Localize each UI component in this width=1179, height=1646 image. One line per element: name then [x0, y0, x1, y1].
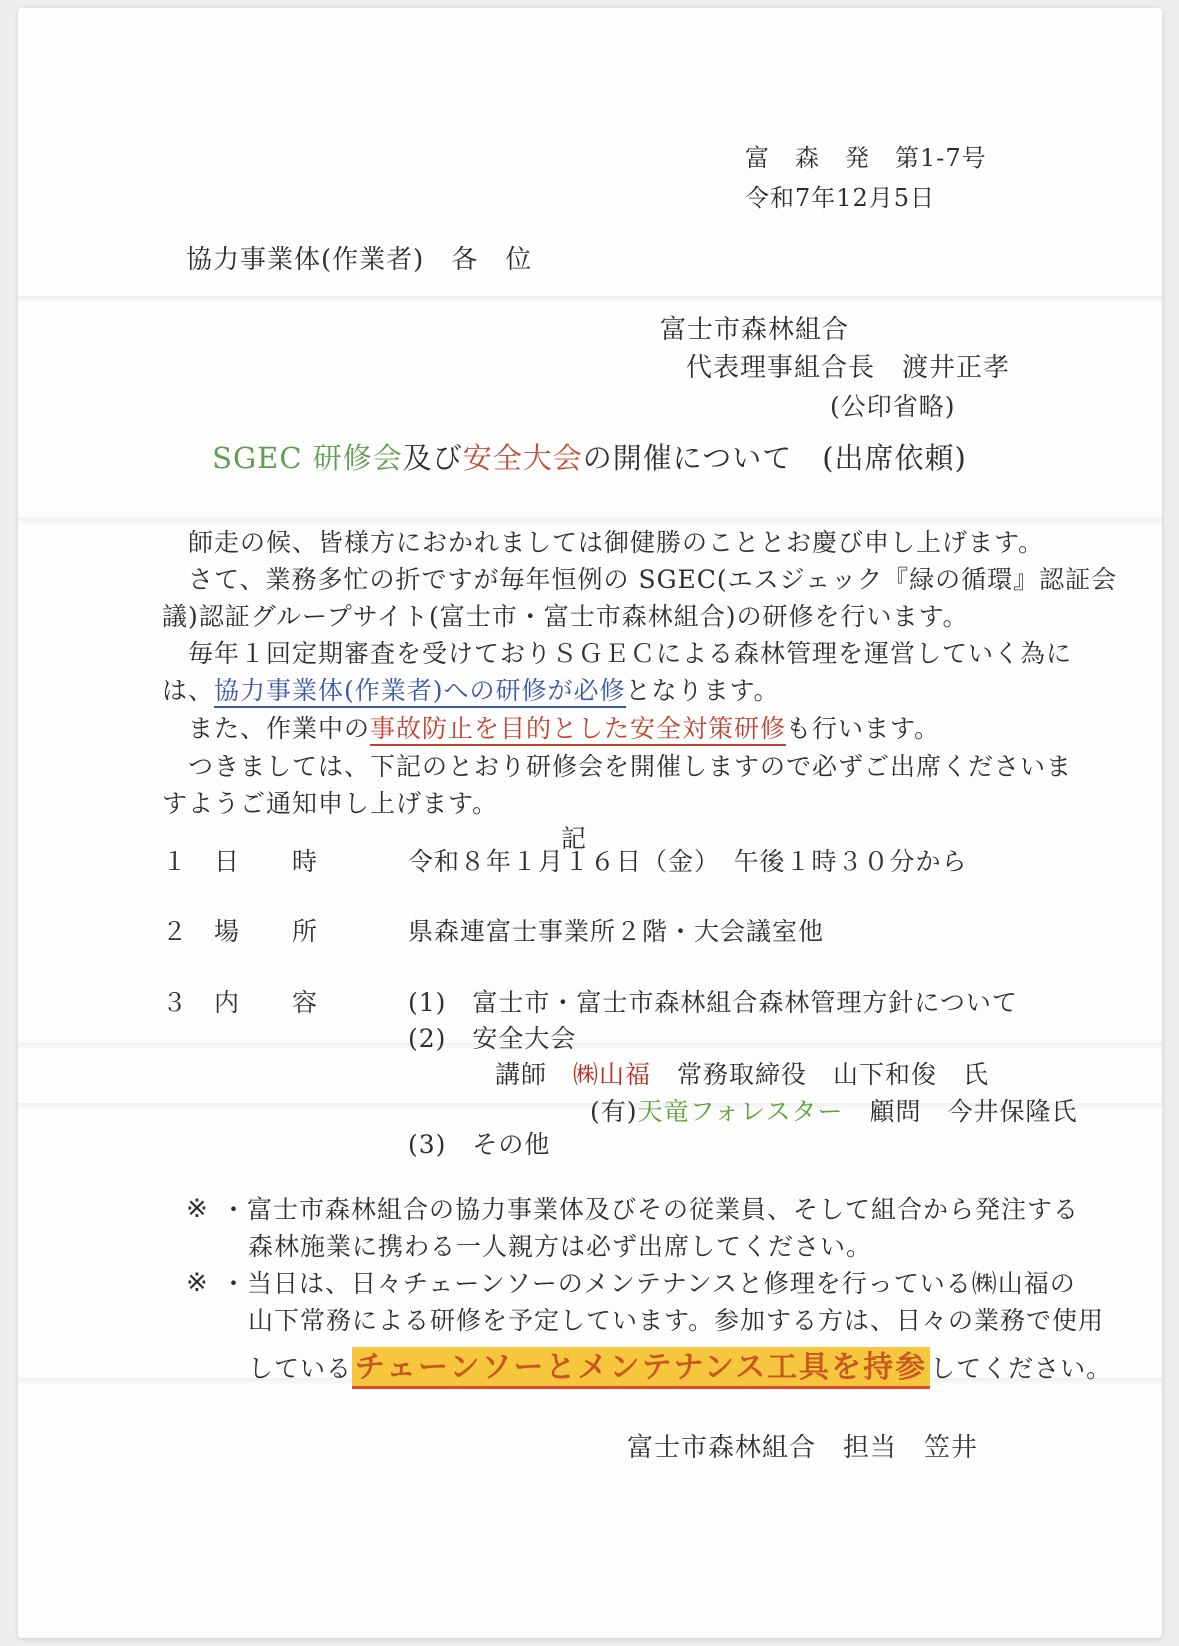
body-line-4: 毎年１回定期審査を受けておりＳＧＥＣによる森林管理を運営していく為に: [162, 635, 1022, 672]
signature-line: 富士市森林組合 担当 笠井: [627, 1430, 978, 1467]
doc-date: 令和7年12月5日: [745, 178, 987, 218]
body-line-3: 議)認証グループサイト(富士市・富士市森林組合)の研修を行います。: [162, 598, 1022, 635]
record-item3-sub3: (3) その他: [408, 1126, 550, 1163]
note2-line-3: しているチェーンソーとメンテナンス工具を持参してください。: [248, 1349, 1038, 1387]
body-line-1: 師走の候、皆様方におかれましては御健勝のこととお慶び申し上げます。: [162, 524, 1022, 561]
lecturer2-post: 顧問 今井保隆氏: [844, 1097, 1078, 1126]
body-line-5-post: となります。: [626, 676, 780, 705]
document-title: SGEC 研修会及び安全大会の開催について (出席依頼): [0, 436, 1179, 477]
company-name-green: 天竜フォレスター: [638, 1097, 844, 1126]
note1-line-2: 森林施業に携わる一人親方は必ず出席してください。: [248, 1228, 1038, 1265]
record-item3-sub2: (2) 安全大会: [408, 1020, 576, 1057]
note2-line-1: ・当日は、日々チェーンソーのメンテナンスと修理を行っている㈱山福の: [221, 1265, 1021, 1302]
record-item3-label: ３ 内 容: [162, 984, 318, 1021]
lecturer2-pre: (有): [590, 1097, 638, 1126]
note2-line-3-pre: している: [248, 1354, 352, 1383]
record-item1-value: 令和８年１月１６日（金） 午後１時３０分から: [408, 843, 968, 880]
note2-line-3-post: してください。: [930, 1354, 1112, 1383]
note1-marker: ※: [186, 1191, 209, 1228]
body-line-6-post: も行います。: [786, 714, 940, 743]
doc-header-block: 富 森 発 第1-7号 令和7年12月5日: [745, 138, 987, 218]
title-plain-segment: 及び: [403, 441, 463, 475]
lecturer-line-1: 講師 ㈱山福 常務取締役 山下和俊 氏: [495, 1056, 989, 1093]
highlighted-text: チェーンソーとメンテナンス工具を持参: [352, 1347, 930, 1389]
sender-representative: 代表理事組合長 渡井正孝: [686, 350, 1010, 387]
recipient-line: 協力事業体(作業者) 各 位: [186, 242, 532, 279]
red-emphasis-text: 事故防止を目的とした安全対策研修: [370, 714, 786, 746]
record-item2-label: ２ 場 所: [162, 913, 318, 950]
record-item1-label: １ 日 時: [162, 843, 318, 880]
note2-marker: ※: [186, 1265, 209, 1302]
blue-emphasis-text: 協力事業体(作業者)への研修が必修: [214, 676, 626, 708]
lecturer1-post: 常務取締役 山下和俊 氏: [651, 1060, 989, 1089]
scanned-letter-page: 富 森 発 第1-7号 令和7年12月5日 協力事業体(作業者) 各 位 富士市…: [0, 0, 1179, 1646]
lecturer1-pre: 講師: [495, 1060, 573, 1089]
body-line-5: は、協力事業体(作業者)への研修が必修となります。: [162, 672, 1022, 709]
body-line-2: さて、業務多忙の折ですが毎年恒例の SGEC(エスジェック『緑の循環』認証会: [162, 561, 1022, 598]
title-plain-segment2: の開催について (出席依頼): [583, 441, 967, 475]
sender-seal-note: (公印省略): [830, 388, 956, 425]
body-line-6-pre: また、作業中の: [162, 714, 370, 743]
note2-line-2: 山下常務による研修を予定しています。参加する方は、日々の業務で使用: [248, 1302, 1038, 1339]
lecturer-line-2: (有)天竜フォレスター 顧問 今井保隆氏: [590, 1093, 1078, 1130]
body-line-7: つきましては、下記のとおり研修会を開催しますので必ずご出席くださいま: [162, 748, 1022, 785]
record-item3-sub1: (1) 富士市・富士市森林組合森林管理方針について: [408, 984, 1018, 1021]
title-red-segment: 安全大会: [463, 441, 583, 475]
body-line-6: また、作業中の事故防止を目的とした安全対策研修も行います。: [162, 710, 1022, 747]
note1-line-1: ・富士市森林組合の協力事業体及びその従業員、そして組合から発注する: [221, 1191, 1021, 1228]
title-green-segment: SGEC 研修会: [212, 441, 403, 475]
company-name-red: ㈱山福: [573, 1060, 651, 1089]
record-item2-value: 県森連富士事業所２階・大会議室他: [408, 913, 824, 950]
doc-number: 富 森 発 第1-7号: [745, 138, 987, 178]
body-line-8: すようご通知申し上げます。: [162, 785, 1022, 822]
sender-org: 富士市森林組合: [660, 312, 849, 349]
body-line-5-pre: は、: [162, 676, 214, 705]
